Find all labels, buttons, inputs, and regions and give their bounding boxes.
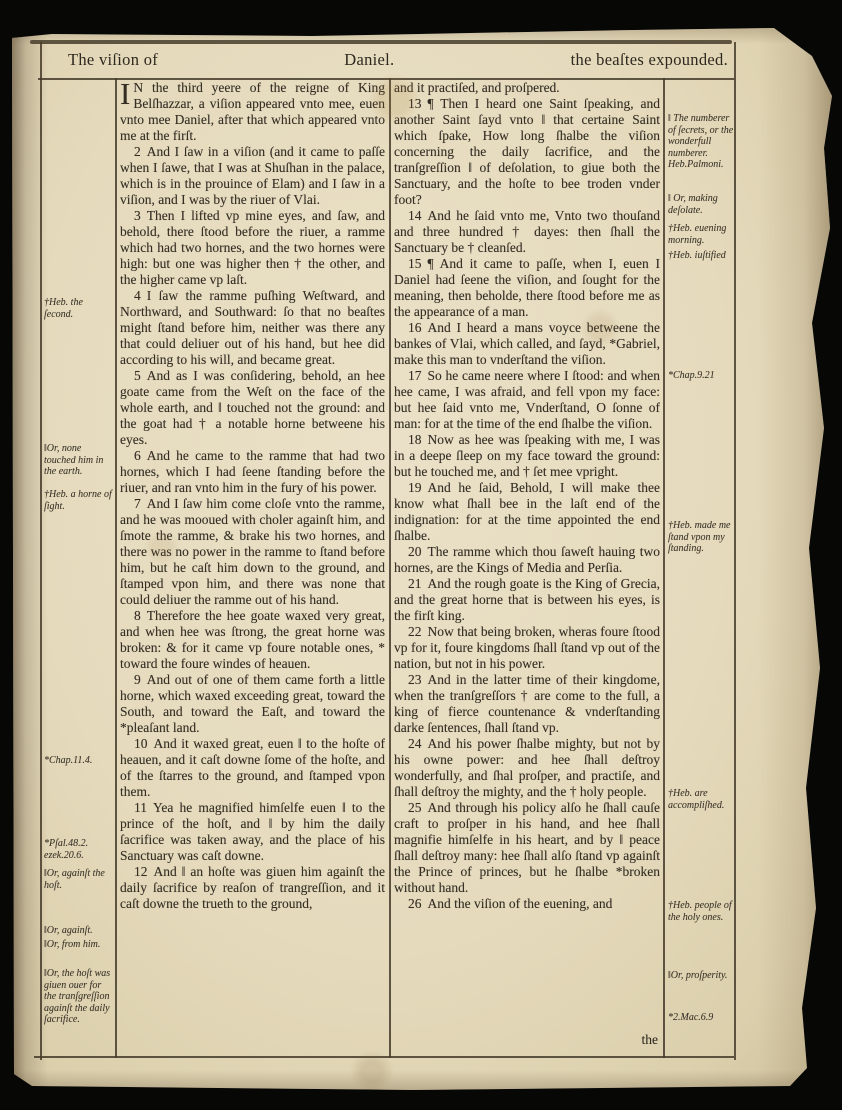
verse-number: 22 xyxy=(408,624,422,639)
rule-bottom xyxy=(34,1056,734,1058)
verse-number: 10 xyxy=(134,736,148,751)
verse-number: 17 xyxy=(408,368,422,383)
verse-9: 9And out of one of them came forth a lit… xyxy=(120,672,385,736)
margin-note-left-1: †Heb. the ſecond. xyxy=(44,297,114,320)
verse-14: 14And he ſaid vnto me, Vnto two thouſand… xyxy=(394,208,660,256)
margin-note-right-8: †Heb. people of the holy ones. xyxy=(668,900,734,923)
verse-number: 21 xyxy=(408,576,422,591)
verse-number: 24 xyxy=(408,736,422,751)
verse-11: 11Yea he magnified himſelfe euen ‖ to th… xyxy=(120,800,385,864)
scanned-page: The viſion of Daniel. the beaſtes expoun… xyxy=(12,28,832,1090)
margin-note-right-5: *Chap.9.21 xyxy=(668,370,734,382)
verse-12-continuation: and it practiſed, and proſpered. xyxy=(394,80,660,96)
drop-cap-initial: I xyxy=(120,80,133,107)
verse-10: 10And it waxed great, euen ‖ to the hoſt… xyxy=(120,736,385,800)
verse-25: 25And through his policy alſo he ſhall c… xyxy=(394,800,660,896)
verse-text: Therefore the hee goate waxed very great… xyxy=(120,608,385,671)
verse-number: 20 xyxy=(408,544,422,559)
header-left-title: The viſion of xyxy=(40,50,158,70)
verse-21: 21And the rough goate is the King of Gre… xyxy=(394,576,660,624)
verse-text: And he ſaid, Behold, I will make thee kn… xyxy=(394,480,660,543)
verse-text: Then I lifted vp mine eyes, and ſaw, and… xyxy=(120,208,385,287)
verse-12: 12And ‖ an hoſte was giuen him againſt t… xyxy=(120,864,385,912)
verse-text: And I ſaw in a viſion (and it came to pa… xyxy=(120,144,385,207)
left-margin-column: †Heb. the ſecond. ‖Or, none touched him … xyxy=(44,80,114,1056)
verse-19: 19And he ſaid, Behold, I will make thee … xyxy=(394,480,660,544)
margin-note-left-7: ‖Or, againſt. xyxy=(44,925,114,937)
header-center-title: Daniel. xyxy=(334,50,394,70)
verse-text: And his power ſhalbe mighty, but not by … xyxy=(394,736,660,799)
verse-text: And it waxed great, euen ‖ to the hoſte … xyxy=(120,736,385,799)
verse-number: 12 xyxy=(134,864,148,879)
right-margin-column: ‖ The numberer of ſecrets, or the wonder… xyxy=(668,80,734,1056)
verse-text: And I ſaw him come cloſe vnto the ramme,… xyxy=(120,496,385,607)
verse-text: ¶ And it came to paſſe, when I, euen I D… xyxy=(394,256,660,319)
verse-17: 17So he came neere where I ſtood: and wh… xyxy=(394,368,660,432)
verse-text: And he came to the ramme that had two ho… xyxy=(120,448,385,495)
verse-18: 18Now as hee was ſpeaking with me, I was… xyxy=(394,432,660,480)
margin-note-right-10: *2.Mac.6.9 xyxy=(668,1012,734,1024)
margin-note-left-6: ‖Or, againſt the hoſt. xyxy=(44,868,114,891)
verse-text: I ſaw the ramme puſhing Weſtward, and No… xyxy=(120,288,385,367)
verse-24: 24And his power ſhalbe mighty, but not b… xyxy=(394,736,660,800)
verse-7: 7And I ſaw him come cloſe vnto the ramme… xyxy=(120,496,385,608)
verse-15: 15¶ And it came to paſſe, when I, euen I… xyxy=(394,256,660,320)
verse-20: 20The ramme which thou ſaweſt hauing two… xyxy=(394,544,660,576)
margin-note-right-7: †Heb. are accompliſhed. xyxy=(668,788,734,811)
verse-text: And he ſaid vnto me, Vnto two thouſand a… xyxy=(394,208,660,255)
margin-note-right-3: †Heb. euening morning. xyxy=(668,223,734,246)
verse-number: 23 xyxy=(408,672,422,687)
verse-number: 8 xyxy=(134,608,141,623)
catchword: the xyxy=(642,1032,659,1048)
verse-number: 2 xyxy=(134,144,141,159)
text-column-2: and it practiſed, and proſpered. 13¶ The… xyxy=(394,80,660,1056)
margin-note-right-2: ‖ Or, making deſolate. xyxy=(668,193,734,216)
margin-note-right-1: ‖ The numberer of ſecrets, or the wonder… xyxy=(668,113,734,171)
verse-16: 16And I heard a mans voyce betweene the … xyxy=(394,320,660,368)
verse-number: 14 xyxy=(408,208,422,223)
verse-number: 3 xyxy=(134,208,141,223)
verse-text: And in the latter time of their kingdome… xyxy=(394,672,660,735)
verse-number: 18 xyxy=(408,432,422,447)
verse-2: 2And I ſaw in a viſion (and it came to p… xyxy=(120,144,385,208)
verse-text: And as I was conſidering, behold, an hee… xyxy=(120,368,385,447)
margin-note-left-3: †Heb. a horne of ſight. xyxy=(44,489,114,512)
verse-text: Now that being broken, wheras foure ſtoo… xyxy=(394,624,660,671)
verse-text: So he came neere where I ſtood: and when… xyxy=(394,368,660,431)
verse-22: 22Now that being broken, wheras foure ſt… xyxy=(394,624,660,672)
running-header: The viſion of Daniel. the beaſtes expoun… xyxy=(40,44,734,76)
margin-note-left-4: *Chap.11.4. xyxy=(44,755,114,767)
verse-1: IN the third yeere of the reigne of King… xyxy=(120,80,385,144)
margin-note-left-9: ‖Or, the hoſt was giuen ouer for the tra… xyxy=(44,968,114,1026)
verse-number: 5 xyxy=(134,368,141,383)
verse-8: 8Therefore the hee goate waxed very grea… xyxy=(120,608,385,672)
verse-text: Now as hee was ſpeaking with me, I was i… xyxy=(394,432,660,479)
verse-23: 23And in the latter time of their kingdo… xyxy=(394,672,660,736)
verse-text: ¶ Then I heard one Saint ſpeaking, and a… xyxy=(394,96,660,207)
verse-number: 16 xyxy=(408,320,422,335)
verse-number: 7 xyxy=(134,496,141,511)
verse-text: And ‖ an hoſte was giuen him againſt the… xyxy=(120,864,385,911)
verse-text: And the viſion of the euening, and xyxy=(428,896,613,911)
verse-number: 26 xyxy=(408,896,422,911)
verse-26: 26And the viſion of the euening, and xyxy=(394,896,660,912)
verse-number: 4 xyxy=(134,288,141,303)
verse-4: 4I ſaw the ramme puſhing Weſtward, and N… xyxy=(120,288,385,368)
verse-number: 13 xyxy=(408,96,422,111)
verse-text: N the third yeere of the reigne of King … xyxy=(120,80,385,143)
header-right-title: the beaſtes expounded. xyxy=(571,50,734,70)
verse-text: And out of one of them came forth a litt… xyxy=(120,672,385,735)
verse-6: 6And he came to the ramme that had two h… xyxy=(120,448,385,496)
margin-note-left-2: ‖Or, none touched him in the earth. xyxy=(44,443,114,478)
verse-text: And through his policy alſo he ſhall cau… xyxy=(394,800,660,895)
verse-number: 6 xyxy=(134,448,141,463)
verse-3: 3Then I lifted vp mine eyes, and ſaw, an… xyxy=(120,208,385,288)
margin-note-left-8: ‖Or, from him. xyxy=(44,939,114,951)
verse-number: 9 xyxy=(134,672,141,687)
margin-note-right-4: †Heb. iuſtified xyxy=(668,250,734,262)
verse-5: 5And as I was conſidering, behold, an he… xyxy=(120,368,385,448)
verse-number: 15 xyxy=(408,256,422,271)
margin-note-right-9: ‖Or, proſperity. xyxy=(668,970,734,982)
page-body: †Heb. the ſecond. ‖Or, none touched him … xyxy=(12,80,832,1056)
text-column-1: IN the third yeere of the reigne of King… xyxy=(120,80,385,1056)
verse-number: 19 xyxy=(408,480,422,495)
verse-number: 11 xyxy=(134,800,147,815)
verse-text: The ramme which thou ſaweſt hauing two h… xyxy=(394,544,660,575)
margin-note-right-6: †Heb. made me ſtand vpon my ſtanding. xyxy=(668,520,734,555)
verse-text: Yea he magnified himſelfe euen ‖ to the … xyxy=(120,800,385,863)
verse-number: 25 xyxy=(408,800,422,815)
verse-text: And I heard a mans voyce betweene the ba… xyxy=(394,320,660,367)
verse-text: And the rough goate is the King of Greci… xyxy=(394,576,660,623)
verse-13: 13¶ Then I heard one Saint ſpeaking, and… xyxy=(394,96,660,208)
margin-note-left-5: *Pſal.48.2. ezek.20.6. xyxy=(44,838,114,861)
scan-background: The viſion of Daniel. the beaſtes expoun… xyxy=(0,0,842,1110)
